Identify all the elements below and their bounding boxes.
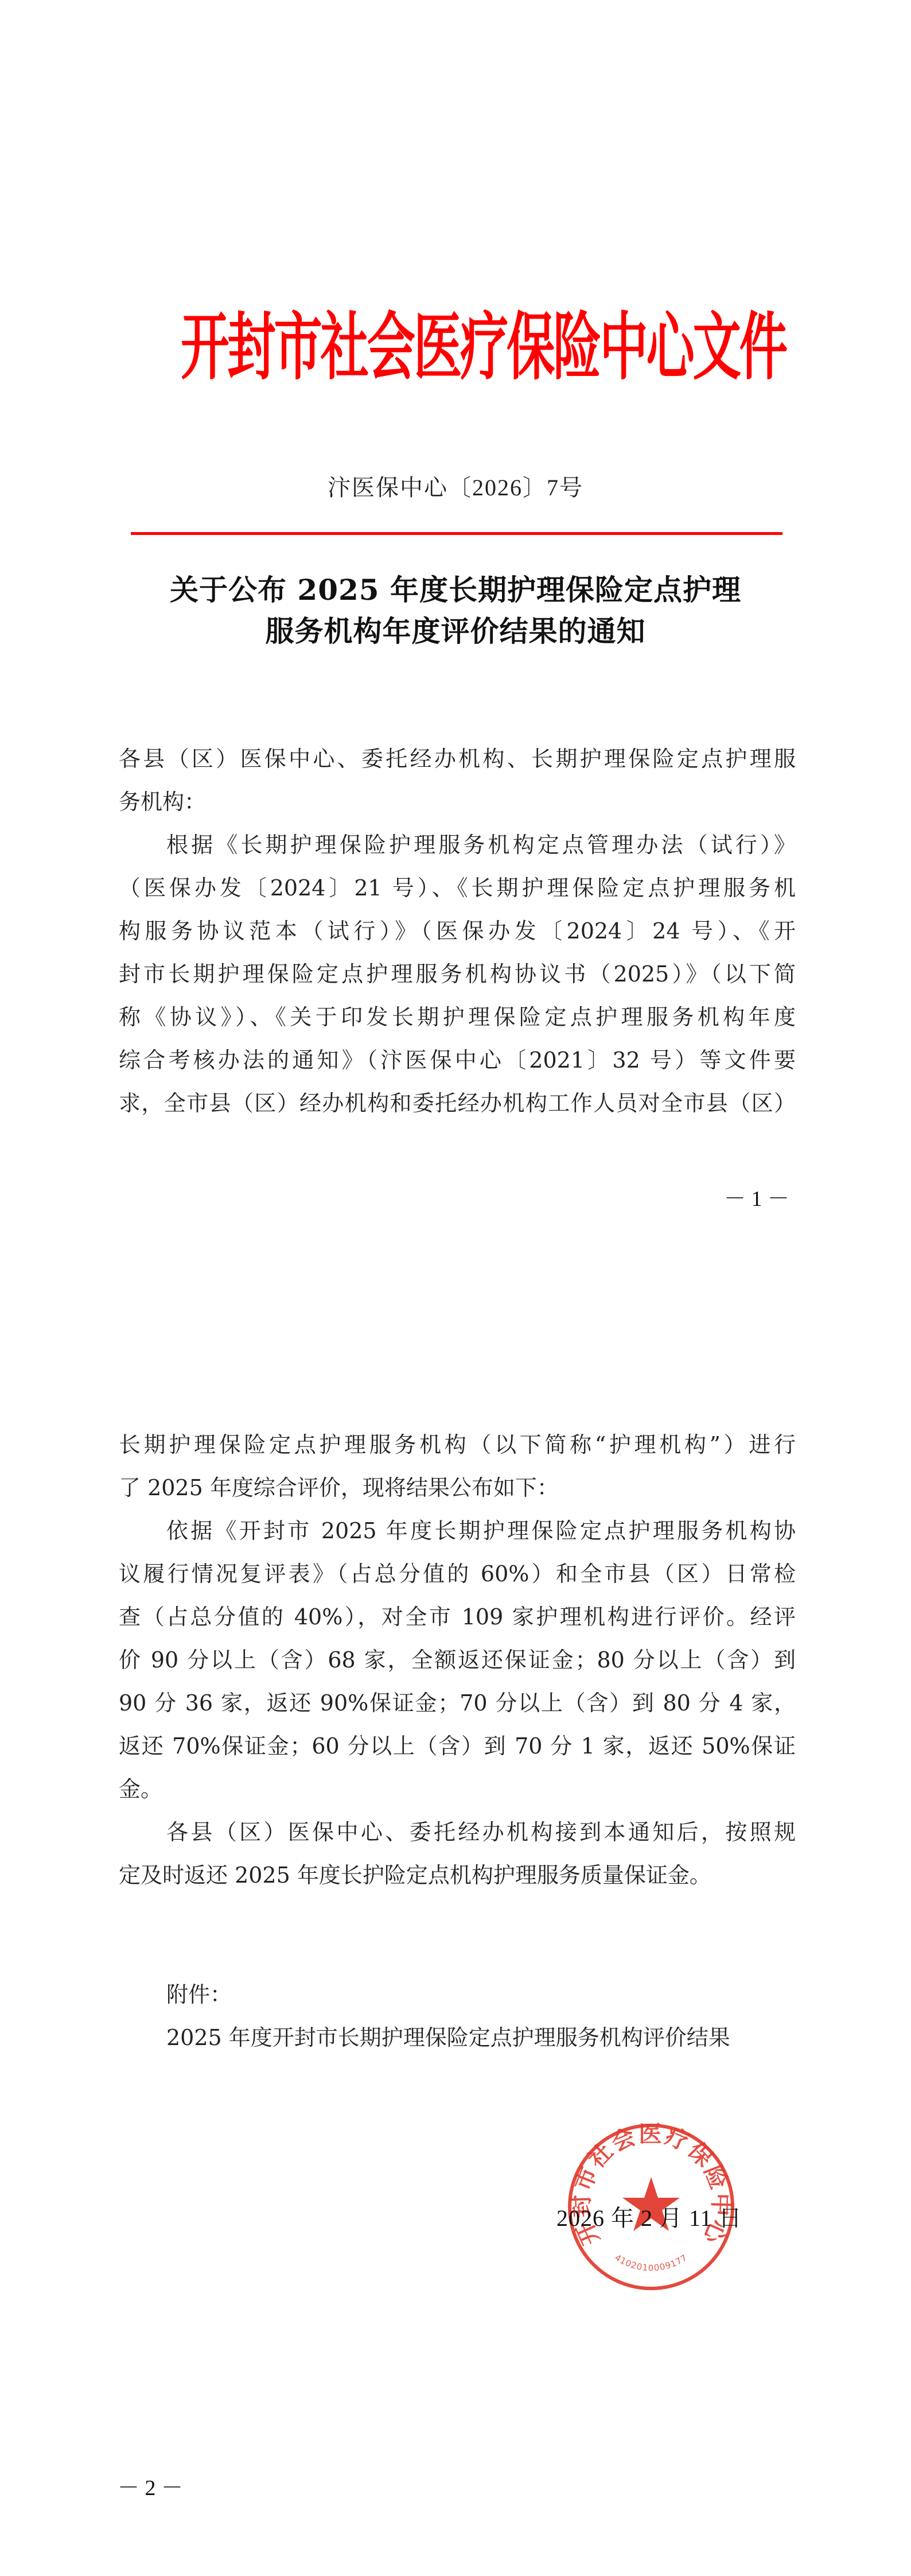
body-line: 90 分 36 家，返还 90%保证金；70 分以上（含）到 80 分 4 家， <box>119 1689 796 1717</box>
body-line: 价 90 分以上（含）68 家，全额返还保证金；80 分以上（含）到 <box>119 1646 796 1674</box>
page-number-1: － 1 － <box>724 1185 789 1213</box>
body-line: 根据《长期护理保险护理服务机构定点管理办法（试行）》 <box>166 831 796 859</box>
body-line: 了 2025 年度综合评价，现将结果公布如下： <box>119 1473 796 1502</box>
body-line: 构服务协议范本（试行）》（医保办发〔2024〕24 号）、《开 <box>119 917 796 945</box>
body-line: 封市长期护理保险定点护理服务机构协议书（2025）》（以下简 <box>119 960 796 988</box>
body-line: 金。 <box>119 1775 796 1803</box>
masthead-title: 开封市社会医疗保险中心文件 <box>181 280 731 415</box>
document-page: 开封市社会医疗保险中心文件 汴医保中心〔2026〕7号 关于公布 2025 年度… <box>0 0 911 2576</box>
document-number: 汴医保中心〔2026〕7号 <box>0 474 911 502</box>
body-line: 综合考核办法的通知》（汴医保中心〔2021〕32 号）等文件要 <box>119 1046 796 1074</box>
body-line: 称《协议》）、《关于印发长期护理保险定点护理服务机构年度 <box>119 1003 796 1031</box>
body-line: 各县（区）医保中心、委托经办机构接到本通知后，按照规 <box>166 1818 796 1846</box>
body-line: （医保办发〔2024〕21 号）、《长期护理保险定点护理服务机 <box>119 874 796 902</box>
page-number-2: － 2 － <box>118 2474 183 2503</box>
attachment-title: 2025 年度开封市长期护理保险定点护理服务机构评价结果 <box>166 2023 797 2052</box>
red-divider-rule <box>131 532 782 535</box>
body-line: 查（占总分值的 40%），对全市 109 家护理机构进行评价。经评 <box>119 1603 796 1631</box>
body-line: 返还 70%保证金；60 分以上（含）到 70 分 1 家，返还 50%保证 <box>119 1732 796 1760</box>
notice-title-line-1: 关于公布 2025 年度长期护理保险定点护理 <box>0 572 911 608</box>
body-line: 依据《开封市 2025 年度长期护理保险定点护理服务机构协 <box>166 1516 796 1545</box>
body-line: 求，全市县（区）经办机构和委托经办机构工作人员对全市县（区） <box>119 1089 796 1118</box>
notice-title-line-2: 服务机构年度评价结果的通知 <box>0 613 911 650</box>
body-line: 各县（区）医保中心、委托经办机构、长期护理保险定点护理服 <box>119 744 796 773</box>
body-line: 务机构： <box>119 787 796 816</box>
body-line: 定及时返还 2025 年度长护险定点机构护理服务质量保证金。 <box>119 1861 796 1890</box>
attachment-label: 附件： <box>166 1980 740 2009</box>
issue-date: 2026 年 2 月 11 日 <box>556 2204 742 2233</box>
body-line: 议履行情况复评表》（占总分值的 60%）和全市县（区）日常检 <box>119 1559 796 1588</box>
svg-text:4102010009177: 4102010009177 <box>613 2252 689 2273</box>
body-line: 长期护理保险定点护理服务机构（以下简称“护理机构”）进行 <box>119 1430 796 1459</box>
